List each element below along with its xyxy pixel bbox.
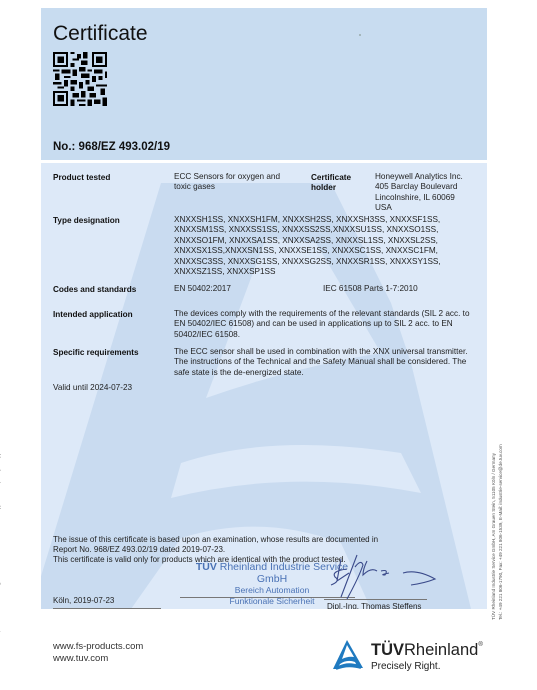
logo-wordmark: TÜVRheinland® [371,641,483,660]
type-line: XNXXSO1FM, XNXXSA1SS, XNXXSA2SS, XNXXSL1… [174,236,441,246]
value-standard-iec: IEC 61508 Parts 1-7:2010 [323,284,418,294]
issuer-contact-sidebar: TÜV Rheinland Industrie Service GmbH, Am… [485,395,517,620]
valid-until: Valid until 2024-07-23 [53,383,132,393]
registered-mark: ® [478,642,482,648]
value-certificate-holder: Honeywell Analytics Inc. 405 Barclay Bou… [375,172,463,214]
type-line: XNXXSM1SS, XNXXSS1SS, XNXXSS2SS,XNXXSU1S… [174,225,441,235]
tuv-triangle-icon [333,639,365,671]
type-line: XNXXSH1SS, XNXXSH1FM, XNXXSH2SS, XNXXSH3… [174,215,441,225]
certificate-header: Certificate No.: 968/EZ 493.02/19 [41,8,487,160]
issue-line: The issue of this certificate is based u… [53,535,393,545]
signature [327,551,447,603]
requirement-line: safe state is the de-energized state. [174,368,468,378]
logo-rheinland: Rheinland [404,641,478,659]
value-standard-en: EN 50402:2017 [174,284,231,294]
certificate-number: No.: 968/EZ 493.02/19 [53,141,170,153]
company-tuv: TÜV [196,561,217,573]
application-line: The devices comply with the requirements… [174,309,470,319]
type-line: XNXXSX1SS,XNXXSN1SS, XNXXSE1SS, XNXXSC1S… [174,246,441,256]
requirement-line: The instructions of the Technical and th… [174,357,468,367]
value-intended-application: The devices comply with the requirements… [174,309,470,340]
link-fs-products[interactable]: www.fs-products.com [53,641,143,653]
label-type-designation: Type designation [53,216,120,225]
certificate-body: Product tested ECC Sensors for oxygen an… [41,163,487,609]
holder-line: 405 Barclay Boulevard [375,182,463,192]
logo-tuv: TÜV [371,641,404,659]
tuv-logo: TÜVRheinland® Precisely Right. [333,639,493,679]
label-certificate-holder: Certificate holder [311,173,366,194]
application-line: 50402/IEC 61508. [174,330,470,340]
holder-line: Lincolnshire, IL 60069 [375,193,463,203]
type-line: XNXXSC3SS, XNXXSG1SS, XNXXSG2SS, XNXXSR1… [174,257,441,267]
signer-name: Dipl.-Ing. Thomas Steffens [327,602,421,609]
requirement-line: The ECC sensor shall be used in combinat… [174,347,468,357]
website-links: www.fs-products.com www.tuv.com [53,641,143,665]
application-line: EN 50402/IEC 61508) and can be used in a… [174,319,470,329]
issuer-address: TÜV Rheinland Industrie Service GmbH, Am… [491,453,496,620]
holder-line: USA [375,203,463,213]
issuer-contact: Tel.: +49 221 806-1790, Fax: +49 221 806… [498,444,503,620]
page-title: Certificate [53,22,148,46]
qr-code-icon[interactable] [53,52,107,106]
label-product-tested: Product tested [53,173,110,182]
value-specific-requirements: The ECC sensor shall be used in combinat… [174,347,468,378]
value-type-designation: XNXXSH1SS, XNXXSH1FM, XNXXSH2SS, XNXXSH3… [174,215,441,277]
date-line [53,608,161,609]
value-product-tested: ECC Sensors for oxygen and toxic gases [174,172,286,193]
trademark-note: 10/222 12. 12 E A4 © TÜV, TUEV and TUV a… [0,346,1,686]
speck [359,34,361,36]
place-date: Köln, 2019-07-23 [53,596,114,605]
label-specific-requirements: Specific requirements [53,348,139,357]
link-tuv[interactable]: www.tuv.com [53,653,143,665]
label-codes-standards: Codes and standards [53,285,136,294]
holder-line: Honeywell Analytics Inc. [375,172,463,182]
logo-tagline: Precisely Right. [371,661,440,672]
label-intended-application: Intended application [53,310,133,319]
type-line: XNXXSZ1SS, XNXXSP1SS [174,267,441,277]
